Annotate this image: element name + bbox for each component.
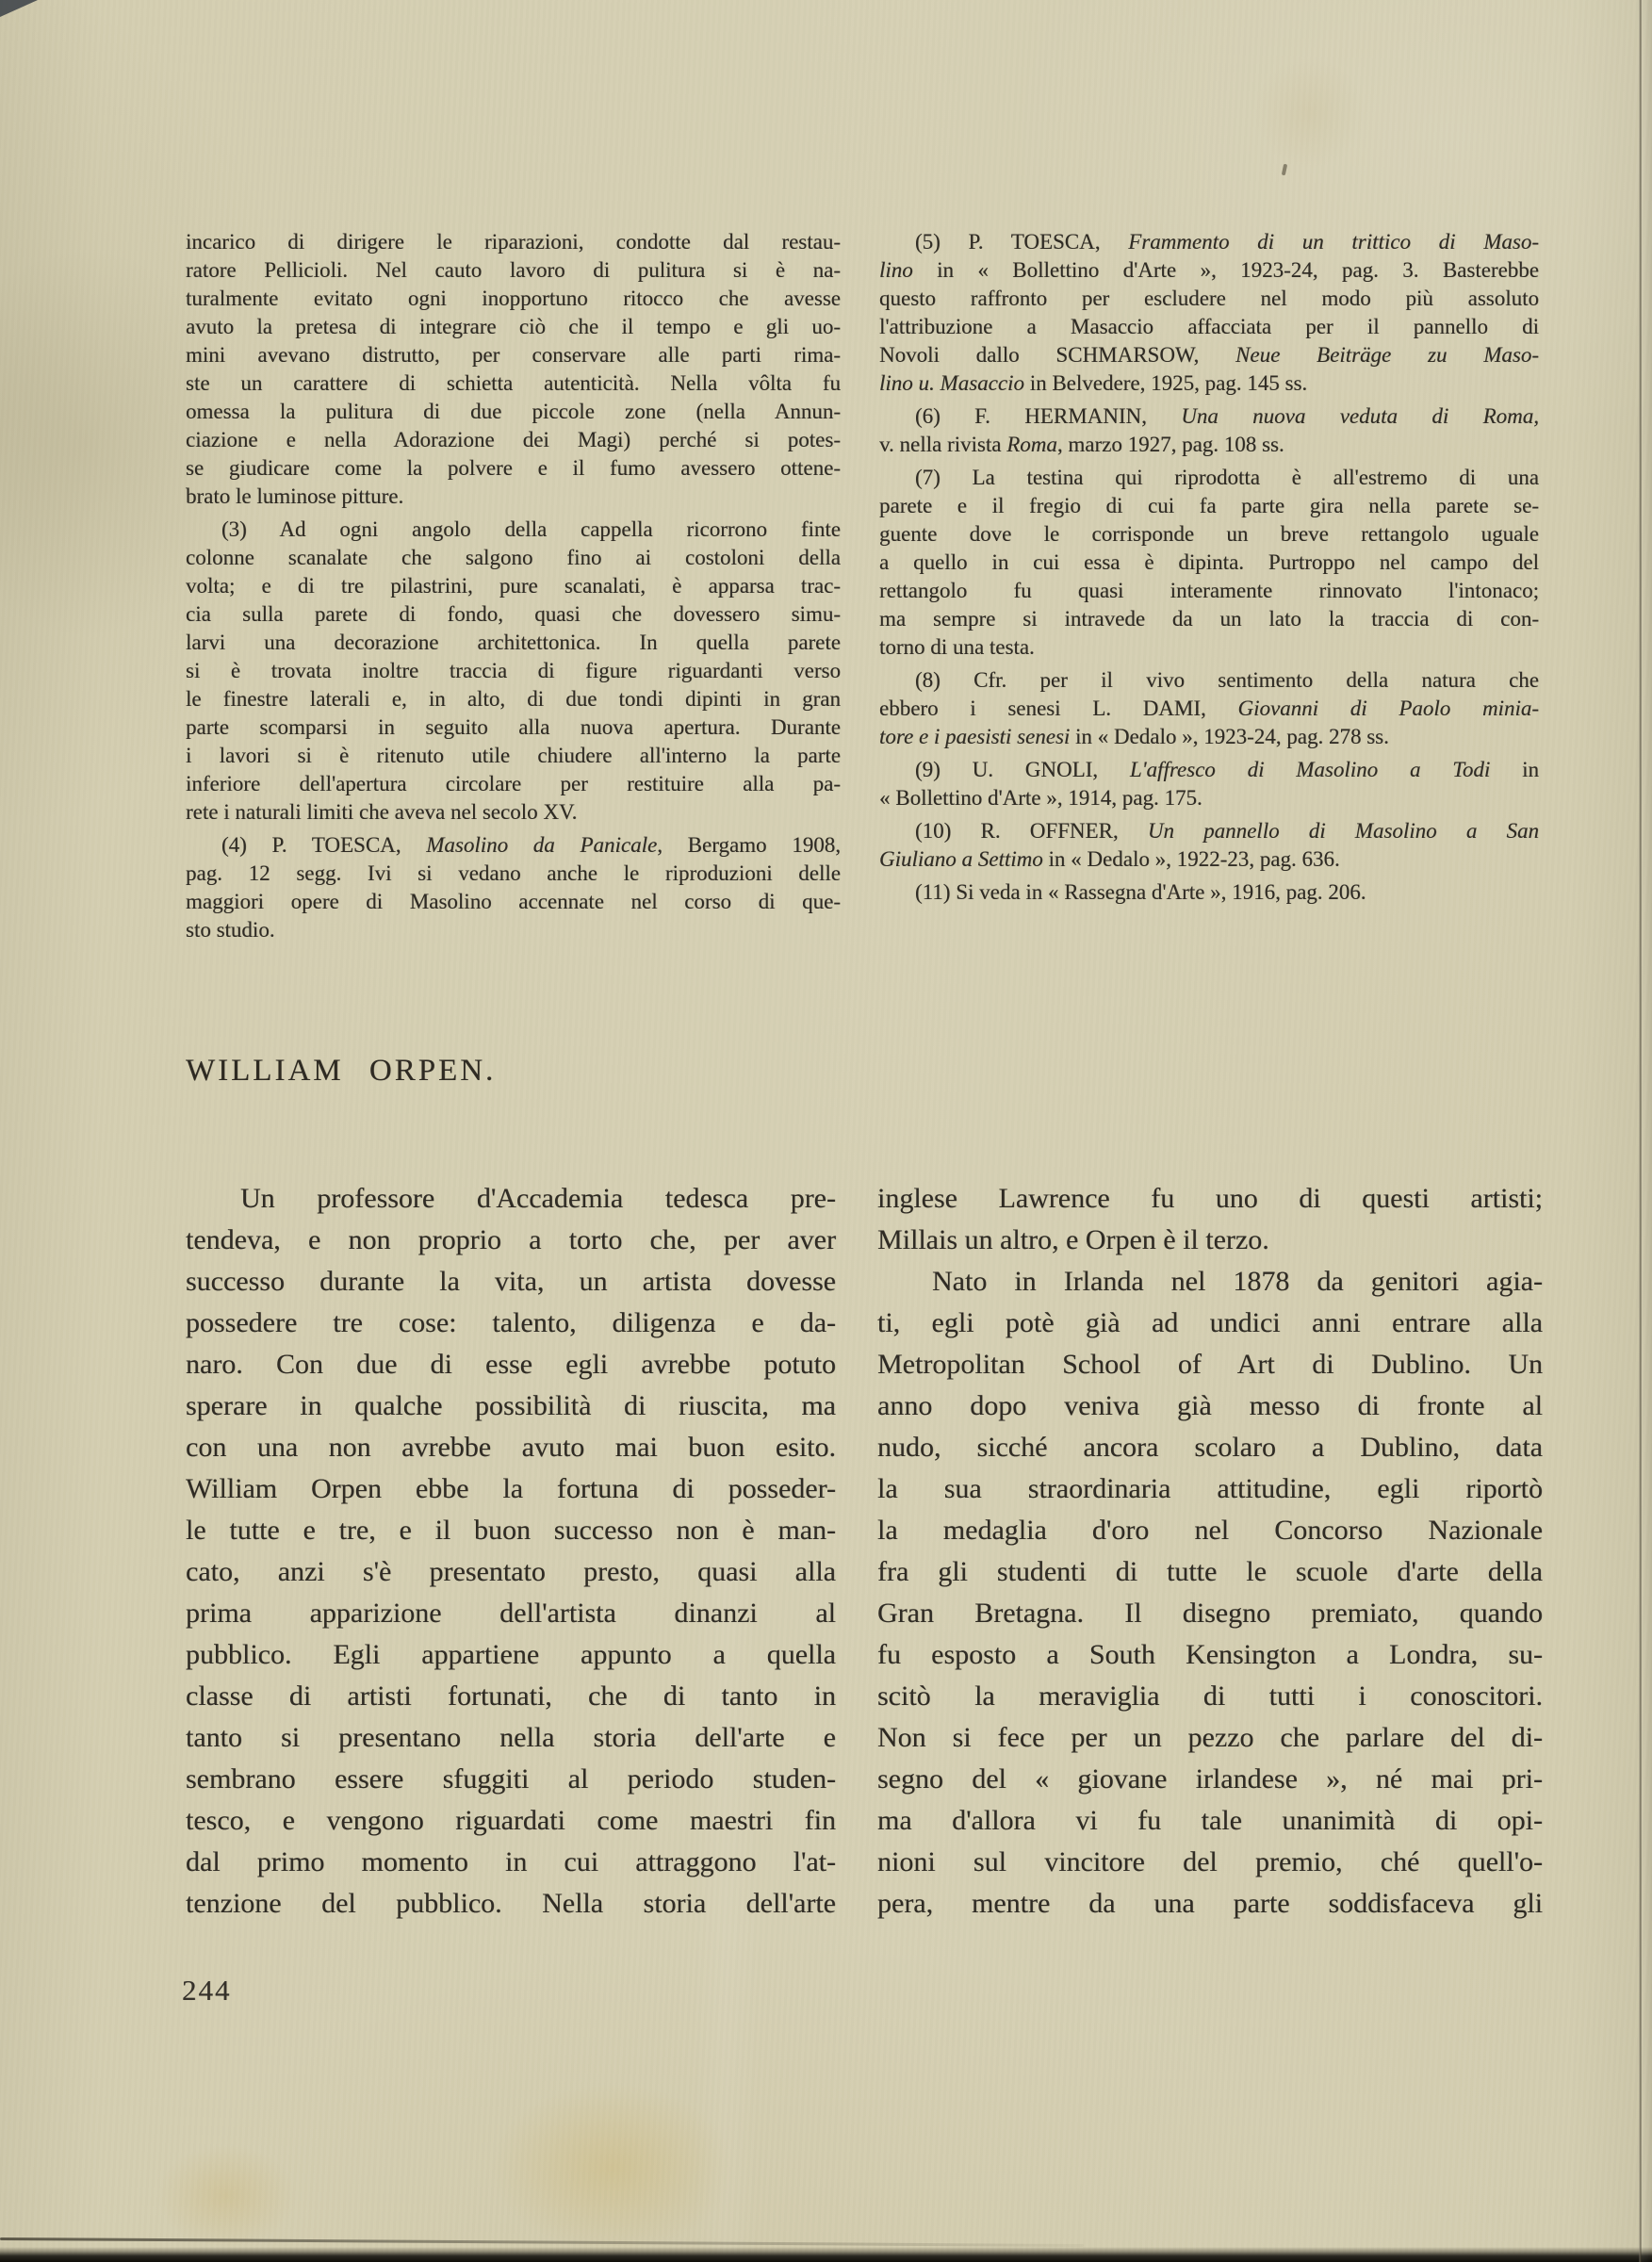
text-segment: pubblico. Egli appartiene appunto a quel… — [186, 1639, 836, 1670]
text-line: larvi una decorazione architettonica. In… — [186, 629, 841, 657]
italic-text: Una nuova veduta di Roma, — [1181, 404, 1539, 428]
text-segment: con una non avrebbe avuto mai buon esito… — [186, 1432, 836, 1463]
paragraph: (10) R. OFFNER, Un pannello di Masolino … — [879, 817, 1539, 874]
text-line: i lavori si è ritenuto utile chiudere al… — [186, 742, 841, 770]
text-line: successo durante la vita, un artista dov… — [186, 1261, 836, 1303]
text-segment: prima apparizione dell'artista dinanzi a… — [186, 1598, 836, 1629]
text-segment: (8) Cfr. per il vivo sentimento della na… — [915, 668, 1539, 692]
text-segment: l'attribuzione a Masaccio affacciata per… — [879, 315, 1539, 338]
text-line: si è trovata inoltre traccia di figure r… — [186, 657, 841, 685]
text-line: pubblico. Egli appartiene appunto a quel… — [186, 1634, 836, 1676]
text-line: inferiore dell'apertura circolare per re… — [186, 770, 841, 798]
text-line: (7) La testina qui riprodotta è all'estr… — [879, 464, 1539, 492]
text-line: l'attribuzione a Masaccio affacciata per… — [879, 313, 1539, 341]
text-line: omessa la pulitura di due piccole zone (… — [186, 398, 841, 426]
text-segment: nioni sul vincitore del premio, ché quel… — [877, 1846, 1543, 1877]
text-line: nioni sul vincitore del premio, ché quel… — [877, 1842, 1543, 1883]
text-segment: in « Dedalo », 1923-24, pag. 278 ss. — [1070, 725, 1389, 748]
text-segment: possedere tre cose: talento, diligenza e… — [186, 1307, 836, 1338]
text-segment: Un professore d'Accademia tedesca pre- — [240, 1183, 836, 1214]
text-segment: si è trovata inoltre traccia di figure r… — [186, 659, 841, 682]
text-segment: classe di artisti fortunati, che di tant… — [186, 1680, 836, 1712]
italic-text: lino — [879, 258, 913, 282]
text-line: rete i naturali limiti che aveva nel sec… — [186, 798, 841, 827]
text-segment: parete e il fregio di cui fa parte gira … — [879, 494, 1539, 517]
text-segment: in « Bollettino d'Arte », 1923-24, pag. … — [913, 258, 1539, 282]
text-segment: ciazione e nella Adorazione dei Magi) pe… — [186, 428, 841, 451]
text-segment: pera, mentre da una parte soddisfaceva g… — [877, 1888, 1543, 1919]
text-line: scitò la meraviglia di tutti i conoscito… — [877, 1676, 1543, 1717]
text-line: maggiori opere di Masolino accennate nel… — [186, 888, 841, 916]
text-line: parte scomparsi in seguito alla nuova ap… — [186, 713, 841, 742]
text-segment: dal primo momento in cui attraggono l'at… — [186, 1846, 836, 1877]
text-segment: omessa la pulitura di due piccole zone (… — [186, 400, 841, 423]
text-segment: nudo, sicché ancora scolaro a Dublino, d… — [877, 1432, 1543, 1463]
text-segment: (10) R. OFFNER, — [915, 819, 1148, 843]
italic-text: L'affresco di Masolino a Todi — [1130, 758, 1490, 781]
text-segment: ratore Pellicioli. Nel cauto lavoro di p… — [186, 258, 841, 282]
text-line: mini avevano distrutto, per conservare a… — [186, 341, 841, 369]
text-segment: sperare in qualche possibilità di riusci… — [186, 1390, 836, 1421]
paragraph: (5) P. TOESCA, Frammento di un trittico … — [879, 228, 1539, 398]
text-line: tanto si presentano nella storia dell'ar… — [186, 1717, 836, 1759]
footnotes-column-left: incarico di dirigere le riparazioni, con… — [186, 228, 841, 944]
text-segment: Non si fece per un pezzo che parlare del… — [877, 1722, 1543, 1753]
paragraph: incarico di dirigere le riparazioni, con… — [186, 228, 841, 511]
text-segment: la sua straordinaria attitudine, egli ri… — [877, 1473, 1543, 1504]
text-line: ma sempre si intravede da un lato la tra… — [879, 605, 1539, 633]
text-line: (11) Si veda in « Rassegna d'Arte », 191… — [879, 878, 1539, 907]
text-line: tenzione del pubblico. Nella storia dell… — [186, 1883, 836, 1925]
text-line: le tutte e tre, e il buon successo non è… — [186, 1510, 836, 1551]
paper-stain — [1253, 57, 1366, 170]
text-line: fra gli studenti di tutte le scuole d'ar… — [877, 1551, 1543, 1593]
text-segment: tanto si presentano nella storia dell'ar… — [186, 1722, 836, 1753]
text-line: pag. 12 segg. Ivi si vedano anche le rip… — [186, 860, 841, 888]
italic-text: Giovanni di Paolo minia- — [1237, 697, 1539, 720]
paper-stain — [490, 2083, 735, 2253]
text-line: a quello in cui essa è dipinta. Purtropp… — [879, 549, 1539, 577]
text-segment: ste un carattere di schietta autenticità… — [186, 371, 841, 395]
italic-text: tore e i paesisti senesi — [879, 725, 1070, 748]
text-line: ste un carattere di schietta autenticità… — [186, 369, 841, 398]
text-segment: questo raffronto per escludere nel modo … — [879, 287, 1539, 310]
text-line: lino in « Bollettino d'Arte », 1923-24, … — [879, 256, 1539, 285]
text-line: fu esposto a South Kensington a Londra, … — [877, 1634, 1543, 1676]
text-line: tendeva, e non proprio a torto che, per … — [186, 1220, 836, 1261]
text-line: questo raffronto per escludere nel modo … — [879, 285, 1539, 313]
text-segment: volta; e di tre pilastrini, pure scanala… — [186, 574, 841, 598]
scan-corner-tear — [0, 0, 38, 17]
text-line: la sua straordinaria attitudine, egli ri… — [877, 1468, 1543, 1510]
text-segment: ti, egli potè già ad undici anni entrare… — [877, 1307, 1543, 1338]
text-segment: rettangolo fu quasi interamente rinnovat… — [879, 579, 1539, 602]
text-segment: ma d'allora vi fu tale unanimità di opi- — [877, 1805, 1543, 1836]
paragraph: (9) U. GNOLI, L'affresco di Masolino a T… — [879, 756, 1539, 812]
text-segment: , marzo 1927, pag. 108 ss. — [1057, 433, 1284, 456]
paragraph: (6) F. HERMANIN, Una nuova veduta di Rom… — [879, 402, 1539, 459]
paragraph: (4) P. TOESCA, Masolino da Panicale, Ber… — [186, 831, 841, 944]
page-number: 244 — [182, 1974, 232, 2008]
text-segment: Metropolitan School of Art di Dublino. U… — [877, 1349, 1543, 1380]
text-line: naro. Con due di esse egli avrebbe potut… — [186, 1344, 836, 1385]
text-segment: cato, anzi s'è presentato presto, quasi … — [186, 1556, 836, 1587]
text-line: « Bollettino d'Arte », 1914, pag. 175. — [879, 784, 1539, 812]
text-line: classe di artisti fortunati, che di tant… — [186, 1676, 836, 1717]
text-line: con una non avrebbe avuto mai buon esito… — [186, 1427, 836, 1468]
text-segment: (11) Si veda in « Rassegna d'Arte », 191… — [915, 880, 1366, 904]
text-line: tesco, e vengono riguardati come maestri… — [186, 1800, 836, 1842]
text-segment: a quello in cui essa è dipinta. Purtropp… — [879, 550, 1539, 574]
text-line: (6) F. HERMANIN, Una nuova veduta di Rom… — [879, 402, 1539, 431]
text-line: ti, egli potè già ad undici anni entrare… — [877, 1303, 1543, 1344]
text-segment: segno del « giovane irlandese », né mai … — [877, 1763, 1543, 1795]
page-edge-crease — [1639, 0, 1642, 2262]
text-segment: brato le luminose pitture. — [186, 484, 403, 508]
italic-text: Un pannello di Masolino a San — [1148, 819, 1539, 843]
text-line: colonne scanalate che salgono fino ai co… — [186, 544, 841, 572]
italic-text: Roma — [1006, 433, 1057, 456]
paragraph: (8) Cfr. per il vivo sentimento della na… — [879, 666, 1539, 751]
text-segment: William Orpen ebbe la fortuna di possede… — [186, 1473, 836, 1504]
text-line: (8) Cfr. per il vivo sentimento della na… — [879, 666, 1539, 695]
text-line: Novoli dallo SCHMARSOW, Neue Beiträge zu… — [879, 341, 1539, 369]
text-line: anno dopo veniva già messo di fronte al — [877, 1385, 1543, 1427]
text-segment: torno di una testa. — [879, 635, 1035, 659]
text-segment: Gran Bretagna. Il disegno premiato, quan… — [877, 1598, 1543, 1629]
text-line: possedere tre cose: talento, diligenza e… — [186, 1303, 836, 1344]
text-segment: rete i naturali limiti che aveva nel sec… — [186, 800, 577, 824]
text-line: cia sulla parete di fondo, quasi che dov… — [186, 600, 841, 629]
text-segment: (6) F. HERMANIN, — [915, 404, 1181, 428]
text-line: Millais un altro, e Orpen è il terzo. — [877, 1220, 1543, 1261]
text-segment: guente dove le corrisponde un breve rett… — [879, 522, 1539, 546]
footnotes-column-right: (5) P. TOESCA, Frammento di un trittico … — [879, 228, 1539, 907]
text-line: la medaglia d'oro nel Concorso Nazionale — [877, 1510, 1543, 1551]
text-line: segno del « giovane irlandese », né mai … — [877, 1759, 1543, 1800]
scanned-book-page: incarico di dirigere le riparazioni, con… — [0, 0, 1652, 2262]
text-segment: fu esposto a South Kensington a Londra, … — [877, 1639, 1543, 1670]
text-segment: la medaglia d'oro nel Concorso Nazionale — [877, 1515, 1543, 1546]
text-line: incarico di dirigere le riparazioni, con… — [186, 228, 841, 256]
text-segment: (7) La testina qui riprodotta è all'estr… — [915, 466, 1539, 489]
text-segment: larvi una decorazione architettonica. In… — [186, 631, 841, 654]
text-line: ratore Pellicioli. Nel cauto lavoro di p… — [186, 256, 841, 285]
text-segment: tenzione del pubblico. Nella storia dell… — [186, 1888, 836, 1919]
text-segment: naro. Con due di esse egli avrebbe potut… — [186, 1349, 836, 1380]
scan-bottom-edge — [0, 2247, 1652, 2262]
text-segment: ebbero i senesi L. DAMI, — [879, 697, 1237, 720]
text-segment: inferiore dell'apertura circolare per re… — [186, 772, 841, 795]
text-segment: sembrano essere sfuggiti al periodo stud… — [186, 1763, 836, 1795]
italic-text: Giuliano a Settimo — [879, 847, 1043, 871]
text-segment: tesco, e vengono riguardati come maestri… — [186, 1805, 836, 1836]
text-segment: ma sempre si intravede da un lato la tra… — [879, 607, 1539, 631]
text-segment: i lavori si è ritenuto utile chiudere al… — [186, 744, 841, 767]
text-line: ma d'allora vi fu tale unanimità di opi- — [877, 1800, 1543, 1842]
text-segment: colonne scanalate che salgono fino ai co… — [186, 546, 841, 569]
text-line: le finestre laterali e, in alto, di due … — [186, 685, 841, 713]
text-segment: scitò la meraviglia di tutti i conoscito… — [877, 1680, 1543, 1712]
text-line: ciazione e nella Adorazione dei Magi) pe… — [186, 426, 841, 454]
text-line: nudo, sicché ancora scolaro a Dublino, d… — [877, 1427, 1543, 1468]
text-line: William Orpen ebbe la fortuna di possede… — [186, 1468, 836, 1510]
text-segment: se giudicare come la polvere e il fumo a… — [186, 456, 841, 480]
italic-text: Frammento di un trittico di Maso- — [1128, 230, 1539, 254]
text-line: volta; e di tre pilastrini, pure scanala… — [186, 572, 841, 600]
text-line: Un professore d'Accademia tedesca pre- — [186, 1178, 836, 1220]
text-segment: Novoli dallo SCHMARSOW, — [879, 343, 1235, 367]
text-segment: v. nella rivista — [879, 433, 1006, 456]
text-line: ebbero i senesi L. DAMI, Giovanni di Pao… — [879, 695, 1539, 723]
text-line: tore e i paesisti senesi in « Dedalo », … — [879, 723, 1539, 751]
text-segment: avuto la pretesa di integrare ciò che il… — [186, 315, 841, 338]
text-segment: cia sulla parete di fondo, quasi che dov… — [186, 602, 841, 626]
text-line: torno di una testa. — [879, 633, 1539, 662]
text-line: rettangolo fu quasi interamente rinnovat… — [879, 577, 1539, 605]
text-line: (3) Ad ogni angolo della cappella ricorr… — [186, 516, 841, 544]
text-segment: Nato in Irlanda nel 1878 da genitori agi… — [932, 1266, 1543, 1297]
text-segment: mini avevano distrutto, per conservare a… — [186, 343, 841, 367]
text-line: turalmente evitato ogni inopportuno rito… — [186, 285, 841, 313]
text-line: cato, anzi s'è presentato presto, quasi … — [186, 1551, 836, 1593]
text-segment: fra gli studenti di tutte le scuole d'ar… — [877, 1556, 1543, 1587]
text-line: Nato in Irlanda nel 1878 da genitori agi… — [877, 1261, 1543, 1303]
text-line: Metropolitan School of Art di Dublino. U… — [877, 1344, 1543, 1385]
text-line: (9) U. GNOLI, L'affresco di Masolino a T… — [879, 756, 1539, 784]
text-line: sperare in qualche possibilità di riusci… — [186, 1385, 836, 1427]
text-line: prima apparizione dell'artista dinanzi a… — [186, 1593, 836, 1634]
text-segment: (9) U. GNOLI, — [915, 758, 1130, 781]
text-segment: sto studio. — [186, 918, 275, 942]
text-line: pera, mentre da una parte soddisfaceva g… — [877, 1883, 1543, 1925]
text-line: Gran Bretagna. Il disegno premiato, quan… — [877, 1593, 1543, 1634]
text-line: parete e il fregio di cui fa parte gira … — [879, 492, 1539, 520]
text-line: sembrano essere sfuggiti al periodo stud… — [186, 1759, 836, 1800]
paragraph: (11) Si veda in « Rassegna d'Arte », 191… — [879, 878, 1539, 907]
text-segment: maggiori opere di Masolino accennate nel… — [186, 890, 841, 913]
italic-text: Neue Beiträge zu Maso- — [1235, 343, 1539, 367]
text-segment: inglese Lawrence fu uno di questi artist… — [877, 1183, 1543, 1214]
paragraph: inglese Lawrence fu uno di questi artist… — [877, 1178, 1543, 1261]
text-segment: , Bergamo 1908, — [657, 833, 841, 857]
text-line: Non si fece per un pezzo che parlare del… — [877, 1717, 1543, 1759]
text-segment: incarico di dirigere le riparazioni, con… — [186, 230, 841, 254]
article-title: WILLIAM ORPEN. — [186, 1054, 496, 1089]
paragraph: Un professore d'Accademia tedesca pre-te… — [186, 1178, 836, 1925]
text-segment: (5) P. TOESCA, — [915, 230, 1128, 254]
scan-edge-line — [0, 2237, 1084, 2247]
paragraph: Nato in Irlanda nel 1878 da genitori agi… — [877, 1261, 1543, 1925]
text-line: avuto la pretesa di integrare ciò che il… — [186, 313, 841, 341]
ink-speck — [1282, 164, 1287, 176]
text-segment: Millais un altro, e Orpen è il terzo. — [877, 1224, 1269, 1255]
text-segment: in — [1490, 758, 1539, 781]
body-column-left: Un professore d'Accademia tedesca pre-te… — [186, 1178, 836, 1925]
text-segment: le tutte e tre, e il buon successo non è… — [186, 1515, 836, 1546]
italic-text: Masolino da Panicale — [426, 833, 657, 857]
text-segment: le finestre laterali e, in alto, di due … — [186, 687, 841, 711]
text-segment: (3) Ad ogni angolo della cappella ricorr… — [221, 517, 841, 541]
page-edge-shadow — [1642, 0, 1652, 2262]
text-segment: turalmente evitato ogni inopportuno rito… — [186, 287, 841, 310]
text-line: brato le luminose pitture. — [186, 483, 841, 511]
paragraph: (3) Ad ogni angolo della cappella ricorr… — [186, 516, 841, 827]
text-segment: successo durante la vita, un artista dov… — [186, 1266, 836, 1297]
text-segment: in Belvedere, 1925, pag. 145 ss. — [1024, 371, 1307, 395]
text-line: lino u. Masaccio in Belvedere, 1925, pag… — [879, 369, 1539, 398]
text-segment: pag. 12 segg. Ivi si vedano anche le rip… — [186, 861, 841, 885]
text-line: (10) R. OFFNER, Un pannello di Masolino … — [879, 817, 1539, 845]
text-line: inglese Lawrence fu uno di questi artist… — [877, 1178, 1543, 1220]
paragraph: (7) La testina qui riprodotta è all'estr… — [879, 464, 1539, 662]
body-column-right: inglese Lawrence fu uno di questi artist… — [877, 1178, 1543, 1925]
text-segment: tendeva, e non proprio a torto che, per … — [186, 1224, 836, 1255]
italic-text: lino u. Masaccio — [879, 371, 1024, 395]
text-segment: anno dopo veniva già messo di fronte al — [877, 1390, 1543, 1421]
text-segment: « Bollettino d'Arte », 1914, pag. 175. — [879, 786, 1202, 810]
text-segment: in « Dedalo », 1922-23, pag. 636. — [1043, 847, 1340, 871]
text-line: (5) P. TOESCA, Frammento di un trittico … — [879, 228, 1539, 256]
paper-stain — [155, 2144, 297, 2248]
text-line: guente dove le corrisponde un breve rett… — [879, 520, 1539, 549]
text-line: se giudicare come la polvere e il fumo a… — [186, 454, 841, 483]
text-segment: parte scomparsi in seguito alla nuova ap… — [186, 715, 841, 739]
text-segment: (4) P. TOESCA, — [221, 833, 426, 857]
text-line: dal primo momento in cui attraggono l'at… — [186, 1842, 836, 1883]
text-line: v. nella rivista Roma, marzo 1927, pag. … — [879, 431, 1539, 459]
text-line: (4) P. TOESCA, Masolino da Panicale, Ber… — [186, 831, 841, 860]
text-line: Giuliano a Settimo in « Dedalo », 1922-2… — [879, 845, 1539, 874]
text-line: sto studio. — [186, 916, 841, 944]
